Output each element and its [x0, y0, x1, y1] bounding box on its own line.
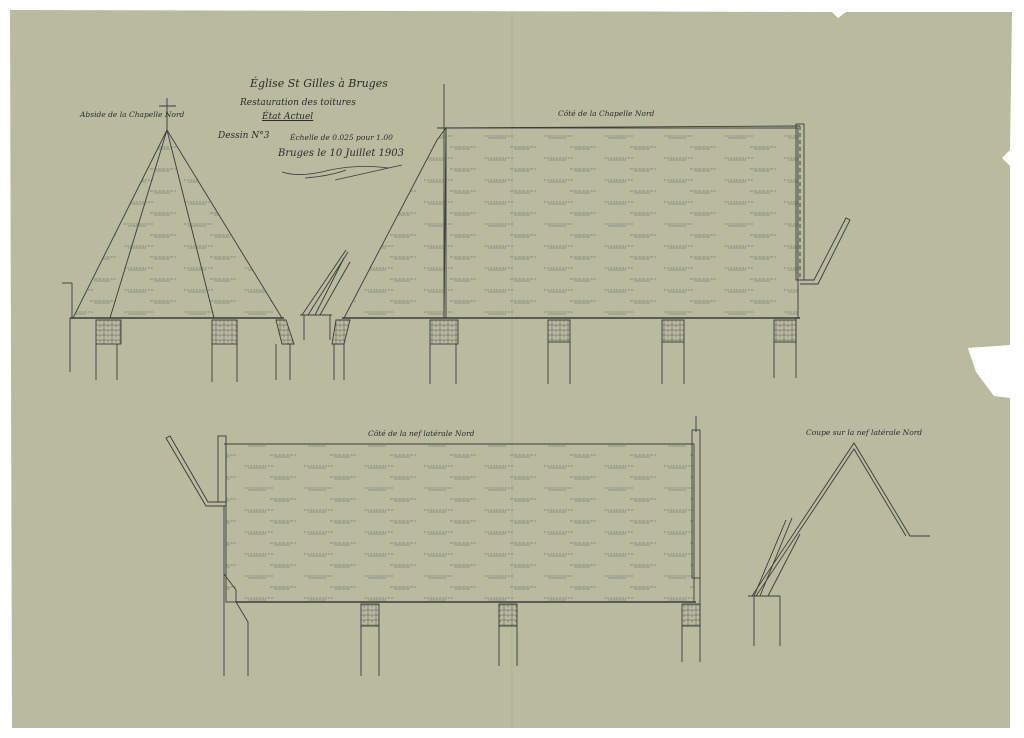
title-state: État Actuel [262, 112, 313, 122]
drawing-sheet: Église St Gilles à Bruges Restauration d… [0, 0, 1024, 738]
drawing-number: Dessin N°3 [218, 131, 269, 141]
place-date: Bruges le 10 Juillet 1903 [278, 148, 404, 159]
caption-aisle-side: Côté de la nef latérale Nord [368, 429, 474, 438]
caption-apse: Abside de la Chapelle Nord [80, 110, 184, 119]
drawing-scale: Échelle de 0.025 pour 1.00 [290, 133, 393, 142]
caption-aisle-section: Coupe sur la nef latérale Nord [806, 428, 922, 437]
title-church: Église St Gilles à Bruges [250, 77, 388, 90]
caption-chapel-side: Côté de la Chapelle Nord [558, 109, 654, 118]
title-restoration: Restauration des toitures [240, 98, 356, 108]
